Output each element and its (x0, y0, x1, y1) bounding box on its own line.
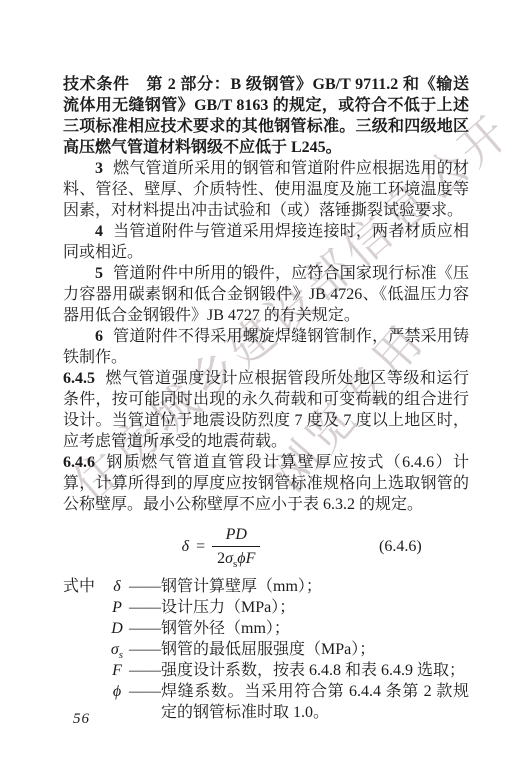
clause-number: 6.4.5 (63, 370, 95, 387)
symbol-dash: —— (129, 576, 161, 597)
clause-text: 燃气管道强度设计应根据管段所处地区等级和运行条件，按可能同时出现的永久荷载和可变… (63, 370, 469, 450)
formula-lhs: δ (182, 536, 189, 557)
formula-numerator: PD (212, 524, 260, 547)
formula-denominator: 2σsϕF (212, 547, 260, 569)
formula-equals: = (196, 536, 205, 557)
clause-continuation-bold: 技术条件 第 2 部分：B 级钢管》GB/T 9711.2 和《输送流体用无缝钢… (63, 74, 469, 158)
symbol-row-F: F —— 强度设计系数，按表 6.4.8 和表 6.4.9 选取； (63, 660, 469, 681)
den-coefficient: 2 (217, 550, 225, 567)
formula-fraction: PD 2σsϕF (212, 524, 260, 569)
symbol-row-phi: ϕ —— 焊缝系数。当采用符合第 6.4.4 条第 2 款规定的钢管标准时取 1… (63, 681, 469, 723)
formula-expression: δ = PD 2σsϕF (63, 524, 379, 569)
symbol: P (105, 597, 129, 618)
symbol-letter: σ (111, 641, 119, 658)
clause-item-6: 6管道附件不得采用螺旋焊缝钢管制作，严禁采用铸铁制作。 (63, 326, 469, 368)
symbol-definition-list: 式中 δ —— 钢管计算壁厚（mm）； P —— 设计压力（MPa）； D ——… (63, 576, 469, 723)
document-page-body: 技术条件 第 2 部分：B 级钢管》GB/T 9711.2 和《输送流体用无缝钢… (63, 74, 469, 723)
page-number: 56 (73, 711, 90, 728)
symbol: δ (105, 576, 129, 597)
clause-item-5: 5管道附件中所用的锻件，应符合国家现行标准《压力容器用碳素钢和低合金钢锻件》JB… (63, 263, 469, 326)
symbol-description: 设计压力（MPa）； (161, 597, 469, 618)
symbol-dash: —— (129, 597, 161, 618)
symbol-row-sigma: σs —— 钢管的最低屈服强度（MPa）； (63, 639, 469, 660)
clause-item-3: 3燃气管道所采用的钢管和管道附件应根据选用的材料、管径、壁厚、介质特性、使用温度… (63, 158, 469, 221)
clause-item-text: 当管道附件与管道采用焊接连接时，两者材质应相同或相近。 (63, 223, 469, 261)
clause-item-number: 6 (95, 328, 103, 345)
symbol-dash: —— (129, 681, 161, 702)
symbol: D (105, 618, 129, 639)
clause-item-4: 4当管道附件与管道采用焊接连接时，两者材质应相同或相近。 (63, 221, 469, 263)
den-sigma: σ (225, 550, 233, 567)
equation-number: (6.4.6) (379, 536, 469, 557)
clause-item-number: 5 (95, 265, 103, 282)
clause-number: 6.4.6 (63, 454, 95, 471)
symbol-description: 钢管计算壁厚（mm）； (161, 576, 469, 597)
clause-item-text: 管道附件中所用的锻件，应符合国家现行标准《压力容器用碳素钢和低合金钢锻件》JB … (63, 265, 469, 324)
symbol-row-P: P —— 设计压力（MPa）； (63, 597, 469, 618)
symbol: F (105, 660, 129, 681)
symbol-dash: —— (129, 618, 161, 639)
symbol-dash: —— (129, 639, 161, 660)
symbol-dash: —— (129, 660, 161, 681)
symbol-description: 强度设计系数，按表 6.4.8 和表 6.4.9 选取； (161, 660, 469, 681)
formula-6-4-6: δ = PD 2σsϕF (6.4.6) (63, 524, 469, 569)
symbol-description: 钢管外径（mm）； (161, 618, 469, 639)
clause-item-text: 管道附件不得采用螺旋焊缝钢管制作，严禁采用铸铁制作。 (63, 328, 469, 366)
clause-text: 钢质燃气管道直管段计算壁厚应按式（6.4.6）计算，计算所得到的厚度应按钢管标准… (63, 454, 469, 513)
clause-6-4-6: 6.4.6钢质燃气管道直管段计算壁厚应按式（6.4.6）计算，计算所得到的厚度应… (63, 452, 469, 515)
clause-item-number: 4 (95, 223, 103, 240)
symbol: ϕ (105, 681, 129, 702)
clause-item-number: 3 (95, 160, 103, 177)
clause-item-text: 燃气管道所采用的钢管和管道附件应根据选用的材料、管径、壁厚、介质特性、使用温度及… (63, 160, 469, 219)
symbol-description: 焊缝系数。当采用符合第 6.4.4 条第 2 款规定的钢管标准时取 1.0。 (161, 681, 469, 723)
symbol-row-D: D —— 钢管外径（mm）； (63, 618, 469, 639)
symbol-description: 钢管的最低屈服强度（MPa）； (161, 639, 469, 660)
symbol-row-delta: 式中 δ —— 钢管计算壁厚（mm）； (63, 576, 469, 597)
where-label: 式中 (63, 576, 105, 597)
den-rest: ϕF (237, 550, 255, 567)
symbol: σs (105, 639, 129, 660)
clause-6-4-5: 6.4.5燃气管道强度设计应根据管段所处地区等级和运行条件，按可能同时出现的永久… (63, 368, 469, 452)
